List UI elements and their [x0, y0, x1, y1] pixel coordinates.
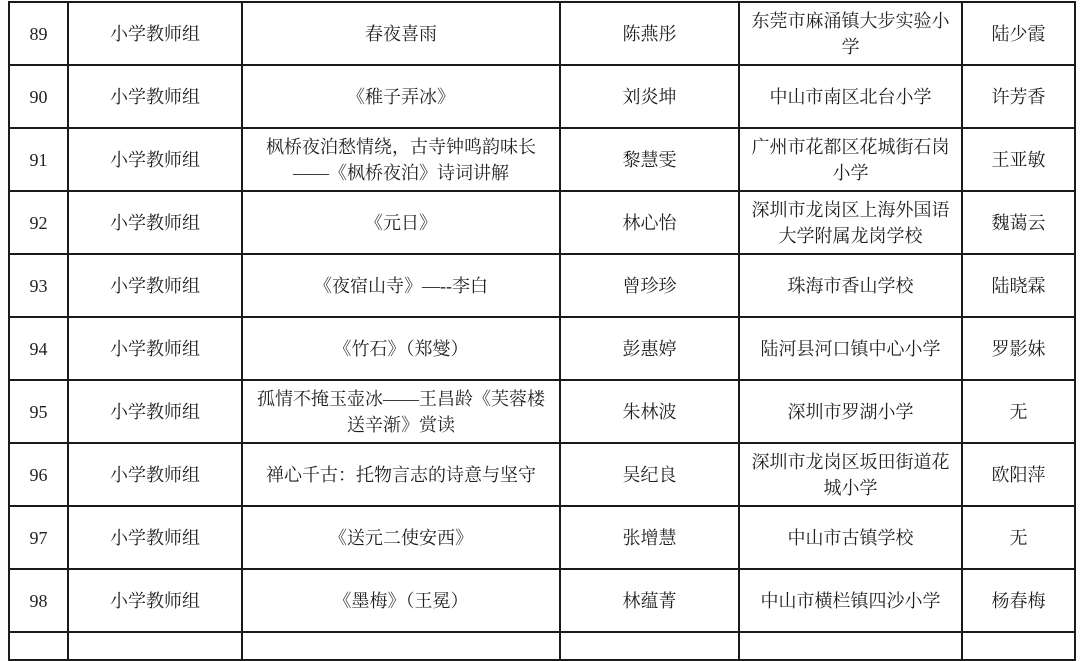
cell-second-name: 无: [962, 380, 1075, 443]
cell-school: 深圳市龙岗区上海外国语大学附属龙岗学校: [739, 191, 962, 254]
cell-work-title: 《稚子弄冰》: [242, 65, 560, 128]
cell-group: 小学教师组: [68, 317, 242, 380]
cell-empty: [68, 632, 242, 636]
cell-work-title: 春夜喜雨: [242, 2, 560, 65]
cell-school: 中山市横栏镇四沙小学: [739, 569, 962, 632]
cell-teacher-name: 曾珍珍: [560, 254, 739, 317]
results-table: 89 小学教师组 春夜喜雨 陈燕彤 东莞市麻涌镇大步实验小学 陆少霞 90 小学…: [8, 1, 1076, 636]
cell-empty: [9, 632, 68, 636]
table-row: 94 小学教师组 《竹石》（郑燮） 彭惠婷 陆河县河口镇中心小学 罗影妹: [9, 317, 1075, 380]
cell-second-name: 无: [962, 506, 1075, 569]
cell-work-title: 《夜宿山寺》—--李白: [242, 254, 560, 317]
cell-row-number: 96: [9, 443, 68, 506]
cell-row-number: 92: [9, 191, 68, 254]
cell-group: 小学教师组: [68, 65, 242, 128]
table-row: 91 小学教师组 枫桥夜泊愁情绕，古寺钟鸣韵味长——《枫桥夜泊》诗词讲解 黎慧雯…: [9, 128, 1075, 191]
cell-school: 深圳市罗湖小学: [739, 380, 962, 443]
cell-teacher-name: 林蕴菁: [560, 569, 739, 632]
cell-work-title: 《送元二使安西》: [242, 506, 560, 569]
cell-row-number: 98: [9, 569, 68, 632]
cell-school: 中山市古镇学校: [739, 506, 962, 569]
table-row: 93 小学教师组 《夜宿山寺》—--李白 曾珍珍 珠海市香山学校 陆晓霖: [9, 254, 1075, 317]
cell-group: 小学教师组: [68, 569, 242, 632]
cell-row-number: 89: [9, 2, 68, 65]
cell-teacher-name: 刘炎坤: [560, 65, 739, 128]
cell-work-title: 孤情不掩玉壶冰——王昌龄《芙蓉楼送辛渐》赏读: [242, 380, 560, 443]
cell-teacher-name: 张增慧: [560, 506, 739, 569]
cell-second-name: 魏蔼云: [962, 191, 1075, 254]
cell-group: 小学教师组: [68, 191, 242, 254]
cell-second-name: 杨春梅: [962, 569, 1075, 632]
cell-work-title: 禅心千古：托物言志的诗意与坚守: [242, 443, 560, 506]
cell-teacher-name: 林心怡: [560, 191, 739, 254]
table-row: 90 小学教师组 《稚子弄冰》 刘炎坤 中山市南区北台小学 许芳香: [9, 65, 1075, 128]
cell-teacher-name: 彭惠婷: [560, 317, 739, 380]
cell-empty: [739, 632, 962, 636]
table-row: 92 小学教师组 《元日》 林心怡 深圳市龙岗区上海外国语大学附属龙岗学校 魏蔼…: [9, 191, 1075, 254]
cell-row-number: 94: [9, 317, 68, 380]
cell-group: 小学教师组: [68, 254, 242, 317]
cell-empty: [242, 632, 560, 636]
cell-group: 小学教师组: [68, 443, 242, 506]
cell-row-number: 90: [9, 65, 68, 128]
table-row: 98 小学教师组 《墨梅》（王冕） 林蕴菁 中山市横栏镇四沙小学 杨春梅: [9, 569, 1075, 632]
cell-school: 珠海市香山学校: [739, 254, 962, 317]
cell-work-title: 《元日》: [242, 191, 560, 254]
cell-second-name: 欧阳萍: [962, 443, 1075, 506]
table-row: 96 小学教师组 禅心千古：托物言志的诗意与坚守 吴纪良 深圳市龙岗区坂田街道花…: [9, 443, 1075, 506]
cell-row-number: 95: [9, 380, 68, 443]
cell-second-name: 罗影妹: [962, 317, 1075, 380]
cell-school: 深圳市龙岗区坂田街道花城小学: [739, 443, 962, 506]
cell-row-number: 97: [9, 506, 68, 569]
cell-school: 中山市南区北台小学: [739, 65, 962, 128]
results-table-container: 89 小学教师组 春夜喜雨 陈燕彤 东莞市麻涌镇大步实验小学 陆少霞 90 小学…: [8, 1, 1076, 636]
cell-second-name: 陆少霞: [962, 2, 1075, 65]
cell-work-title: 《墨梅》（王冕）: [242, 569, 560, 632]
table-row: 95 小学教师组 孤情不掩玉壶冰——王昌龄《芙蓉楼送辛渐》赏读 朱林波 深圳市罗…: [9, 380, 1075, 443]
cell-group: 小学教师组: [68, 380, 242, 443]
cell-second-name: 王亚敏: [962, 128, 1075, 191]
cell-empty: [560, 632, 739, 636]
cell-teacher-name: 吴纪良: [560, 443, 739, 506]
cell-second-name: 陆晓霖: [962, 254, 1075, 317]
cell-work-title: 枫桥夜泊愁情绕，古寺钟鸣韵味长——《枫桥夜泊》诗词讲解: [242, 128, 560, 191]
cell-second-name: 许芳香: [962, 65, 1075, 128]
table-row-partial: [9, 632, 1075, 636]
cell-school: 东莞市麻涌镇大步实验小学: [739, 2, 962, 65]
cell-group: 小学教师组: [68, 2, 242, 65]
cell-teacher-name: 陈燕彤: [560, 2, 739, 65]
cell-row-number: 93: [9, 254, 68, 317]
cell-row-number: 91: [9, 128, 68, 191]
cell-group: 小学教师组: [68, 506, 242, 569]
cell-teacher-name: 黎慧雯: [560, 128, 739, 191]
cell-empty: [962, 632, 1075, 636]
table-row: 89 小学教师组 春夜喜雨 陈燕彤 东莞市麻涌镇大步实验小学 陆少霞: [9, 2, 1075, 65]
cell-school: 广州市花都区花城街石岗小学: [739, 128, 962, 191]
cell-work-title: 《竹石》（郑燮）: [242, 317, 560, 380]
cell-group: 小学教师组: [68, 128, 242, 191]
cell-school: 陆河县河口镇中心小学: [739, 317, 962, 380]
table-row: 97 小学教师组 《送元二使安西》 张增慧 中山市古镇学校 无: [9, 506, 1075, 569]
cell-teacher-name: 朱林波: [560, 380, 739, 443]
